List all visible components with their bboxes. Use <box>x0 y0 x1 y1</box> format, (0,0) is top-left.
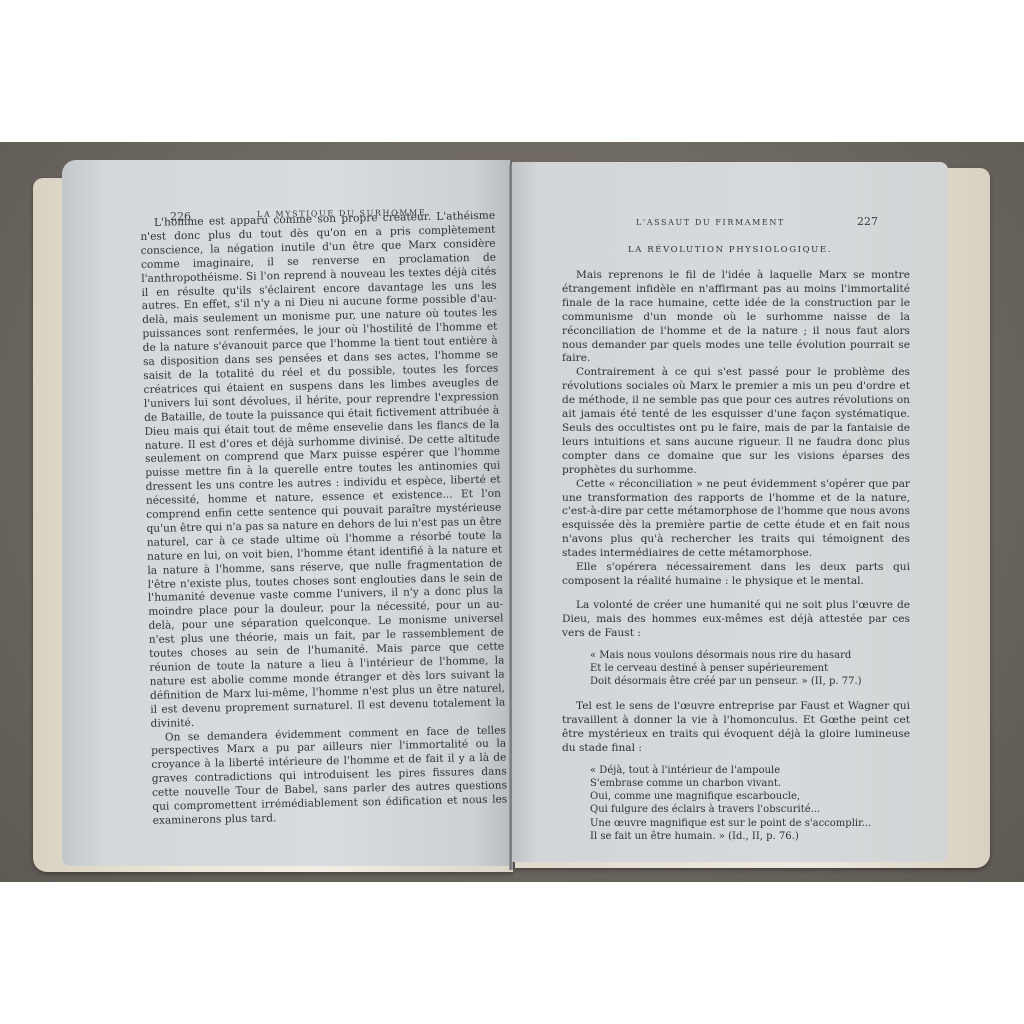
paragraph: On se demandera évidemment comment en fa… <box>151 724 508 829</box>
verse-line: « Déjà, tout à l'intérieur de l'ampoule <box>590 764 910 777</box>
page-number-right: 227 <box>857 215 878 228</box>
verse-quote-2: « Déjà, tout à l'intérieur de l'ampoule … <box>590 764 910 843</box>
right-page-body: Mais reprenons le fil de l'idée à laquel… <box>562 269 910 855</box>
paragraph: Elle s'opérera nécessairement dans les d… <box>562 561 910 589</box>
verse-line: Il se fait un être humain. » (Id., II, p… <box>590 830 910 843</box>
paragraph: Mais reprenons le fil de l'idée à laquel… <box>562 269 910 366</box>
paragraph-faust: La volonté de créer une humanité qui ne … <box>562 599 910 641</box>
verse-line: S'embrase comme un charbon vivant. <box>590 777 910 790</box>
open-book: 226 LA MYSTIQUE DU SURHOMME L'homme est … <box>0 0 1024 1024</box>
verse-line: Doit désormais être créé par un penseur.… <box>590 675 910 688</box>
verse-line: Une œuvre magnifique est sur le point de… <box>590 817 910 830</box>
section-title: LA RÉVOLUTION PHYSIOLOGIQUE. <box>512 245 948 255</box>
paragraph: Contrairement à ce qui s'est passé pour … <box>562 366 910 477</box>
paragraph: L'homme est apparu comme son propre créa… <box>140 210 506 732</box>
left-page: 226 LA MYSTIQUE DU SURHOMME L'homme est … <box>62 160 510 866</box>
right-page: L'ASSAUT DU FIRMAMENT 227 LA RÉVOLUTION … <box>512 162 948 862</box>
verse-line: « Mais nous voulons désormais nous rire … <box>590 649 910 662</box>
verse-line: Et le cerveau destiné à penser supérieur… <box>590 662 910 675</box>
verse-quote-1: « Mais nous voulons désormais nous rire … <box>590 649 910 689</box>
left-page-body: L'homme est apparu comme son propre créa… <box>140 210 508 829</box>
verse-line: Oui, comme une magnifique escarboucle, <box>590 790 910 803</box>
paragraph: Cette « réconciliation » ne peut évidemm… <box>562 478 910 561</box>
paragraph-goethe: Tel est le sens de l'œuvre entreprise pa… <box>562 700 910 756</box>
verse-line: Qui fulgure des éclairs à travers l'obsc… <box>590 803 910 816</box>
running-head-right: L'ASSAUT DU FIRMAMENT <box>636 218 785 227</box>
